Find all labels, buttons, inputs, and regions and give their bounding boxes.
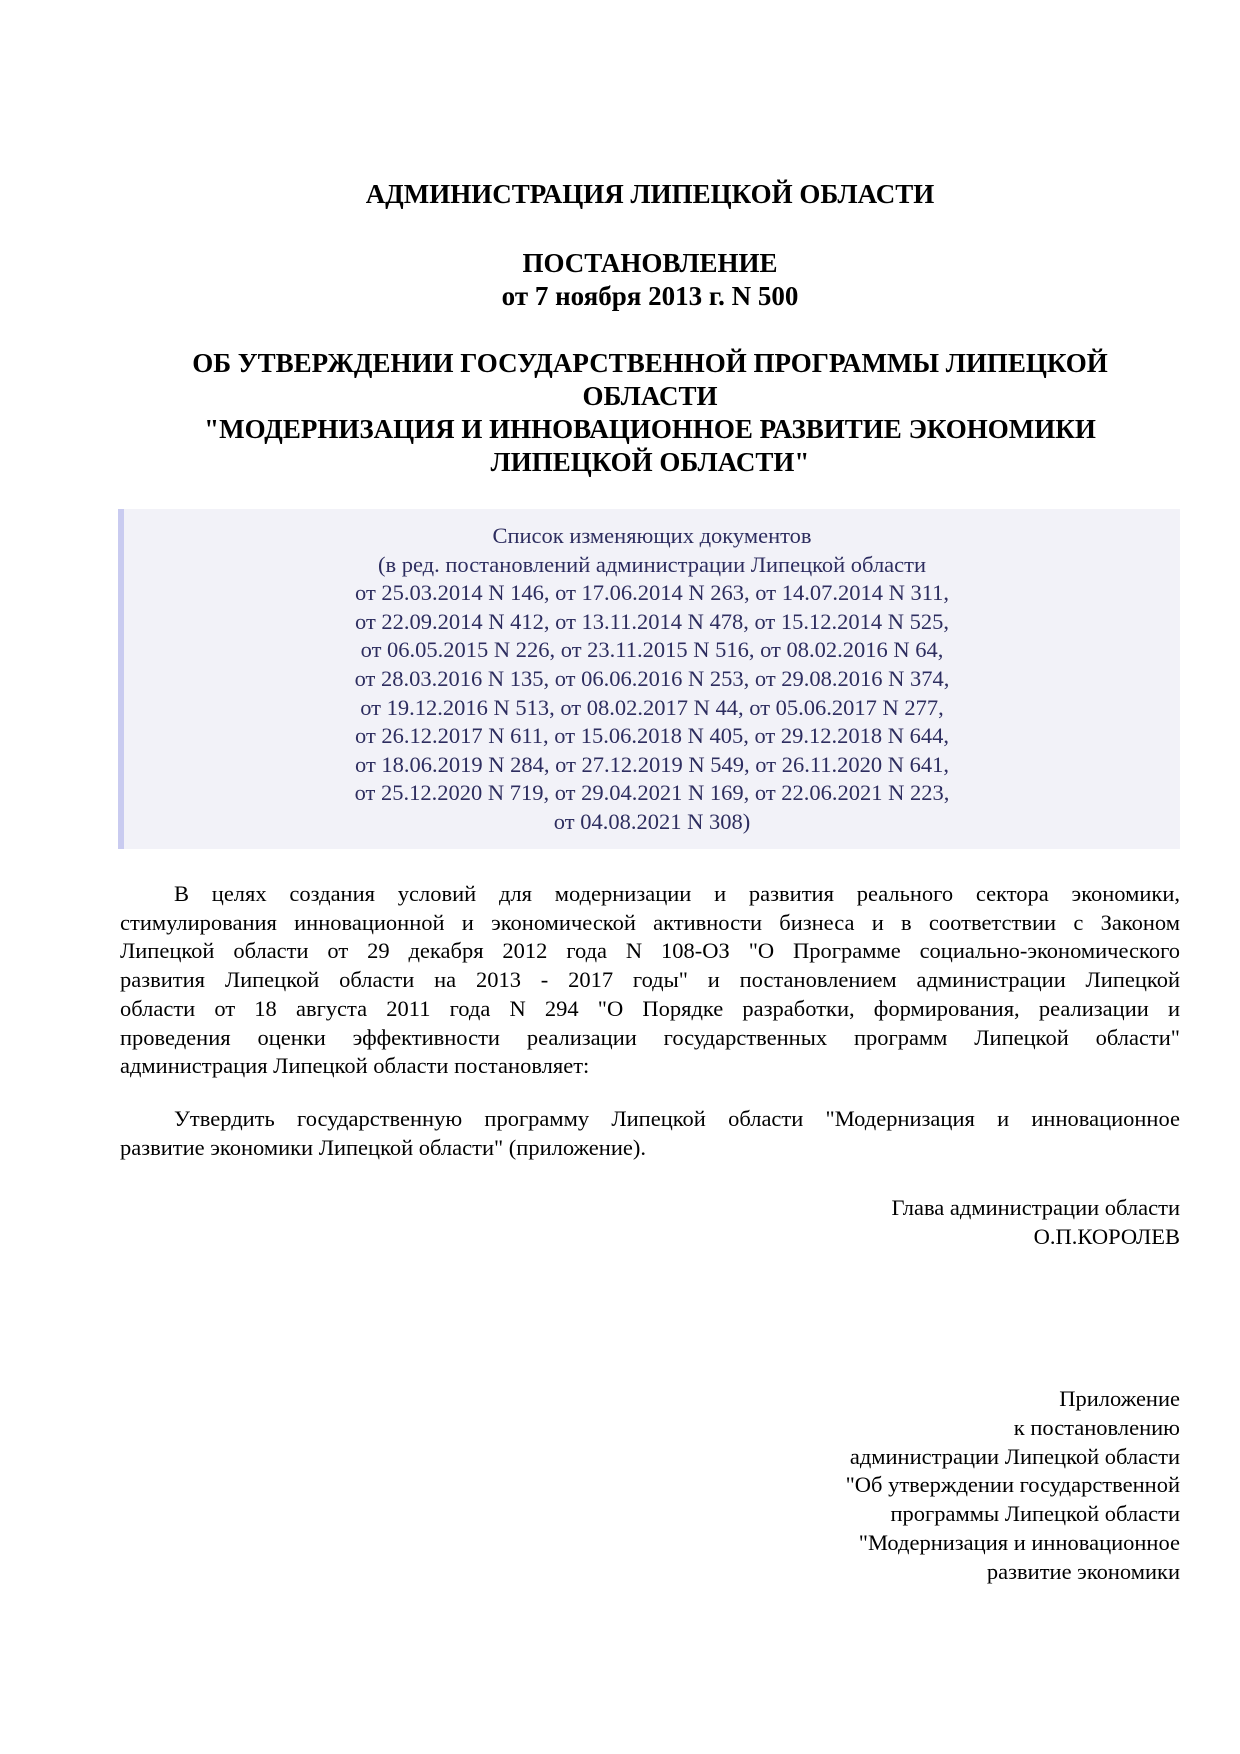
paragraph-line: администрация Липецкой области постановл… [120,1052,1180,1081]
organization-heading: АДМИНИСТРАЦИЯ ЛИПЕЦКОЙ ОБЛАСТИ [120,178,1180,211]
paragraph-line: В целях создания условий для модернизаци… [120,880,1180,909]
document-type-heading: ПОСТАНОВЛЕНИЕ от 7 ноября 2013 г. N 500 [120,247,1180,313]
appendix-line: администрации Липецкой области [846,1443,1180,1472]
amendments-title: Список изменяющих документов [124,522,1180,551]
appendix-line: "Модернизация и инновационное [846,1529,1180,1558]
paragraph-line: развития Липецкой области на 2013 - 2017… [120,966,1180,995]
amendment-line: от 04.08.2021 N 308) [124,808,1180,837]
title-line: ОБЛАСТИ [120,380,1180,413]
appendix-line: Приложение [846,1385,1180,1414]
document-title: ОБ УТВЕРЖДЕНИИ ГОСУДАРСТВЕННОЙ ПРОГРАММЫ… [120,347,1180,479]
amendments-box: Список изменяющих документов (в ред. пос… [118,509,1180,849]
preamble-paragraph: В целях создания условий для модернизаци… [120,880,1180,1081]
appendix-line: "Об утверждении государственной [846,1471,1180,1500]
paragraph-line: стимулирования инновационной и экономиче… [120,909,1180,938]
resolution-paragraph: Утвердить государственную программу Липе… [120,1105,1180,1162]
title-line: "МОДЕРНИЗАЦИЯ И ИННОВАЦИОННОЕ РАЗВИТИЕ Э… [120,413,1180,446]
amendment-line: от 18.06.2019 N 284, от 27.12.2019 N 549… [124,751,1180,780]
signatory-position: Глава администрации области [891,1194,1180,1223]
title-line: ЛИПЕЦКОЙ ОБЛАСТИ" [120,446,1180,479]
paragraph-line: развитие экономики Липецкой области" (пр… [120,1134,1180,1163]
amendment-line: от 22.09.2014 N 412, от 13.11.2014 N 478… [124,608,1180,637]
appendix-line: программы Липецкой области [846,1500,1180,1529]
amendment-line: от 26.12.2017 N 611, от 15.06.2018 N 405… [124,722,1180,751]
signatory-name: О.П.КОРОЛЕВ [891,1223,1180,1252]
amendment-line: от 25.03.2014 N 146, от 17.06.2014 N 263… [124,579,1180,608]
amendment-line: от 25.12.2020 N 719, от 29.04.2021 N 169… [124,779,1180,808]
paragraph-line: проведения оценки эффективности реализац… [120,1024,1180,1053]
amendment-line: (в ред. постановлений администрации Липе… [124,551,1180,580]
amendment-line: от 06.05.2015 N 226, от 23.11.2015 N 516… [124,636,1180,665]
appendix-line: к постановлению [846,1414,1180,1443]
paragraph-line: Утвердить государственную программу Липе… [120,1105,1180,1134]
signature-block: Глава администрации области О.П.КОРОЛЕВ [891,1194,1180,1251]
paragraph-line: области от 18 августа 2011 года N 294 "О… [120,995,1180,1024]
title-line: ОБ УТВЕРЖДЕНИИ ГОСУДАРСТВЕННОЙ ПРОГРАММЫ… [120,347,1180,380]
amendment-line: от 19.12.2016 N 513, от 08.02.2017 N 44,… [124,694,1180,723]
doc-type: ПОСТАНОВЛЕНИЕ [120,247,1180,280]
paragraph-line: Липецкой области от 29 декабря 2012 года… [120,937,1180,966]
appendix-header: Приложение к постановлению администрации… [846,1385,1180,1587]
doc-date-number: от 7 ноября 2013 г. N 500 [120,280,1180,313]
amendment-line: от 28.03.2016 N 135, от 06.06.2016 N 253… [124,665,1180,694]
appendix-line: развитие экономики [846,1558,1180,1587]
